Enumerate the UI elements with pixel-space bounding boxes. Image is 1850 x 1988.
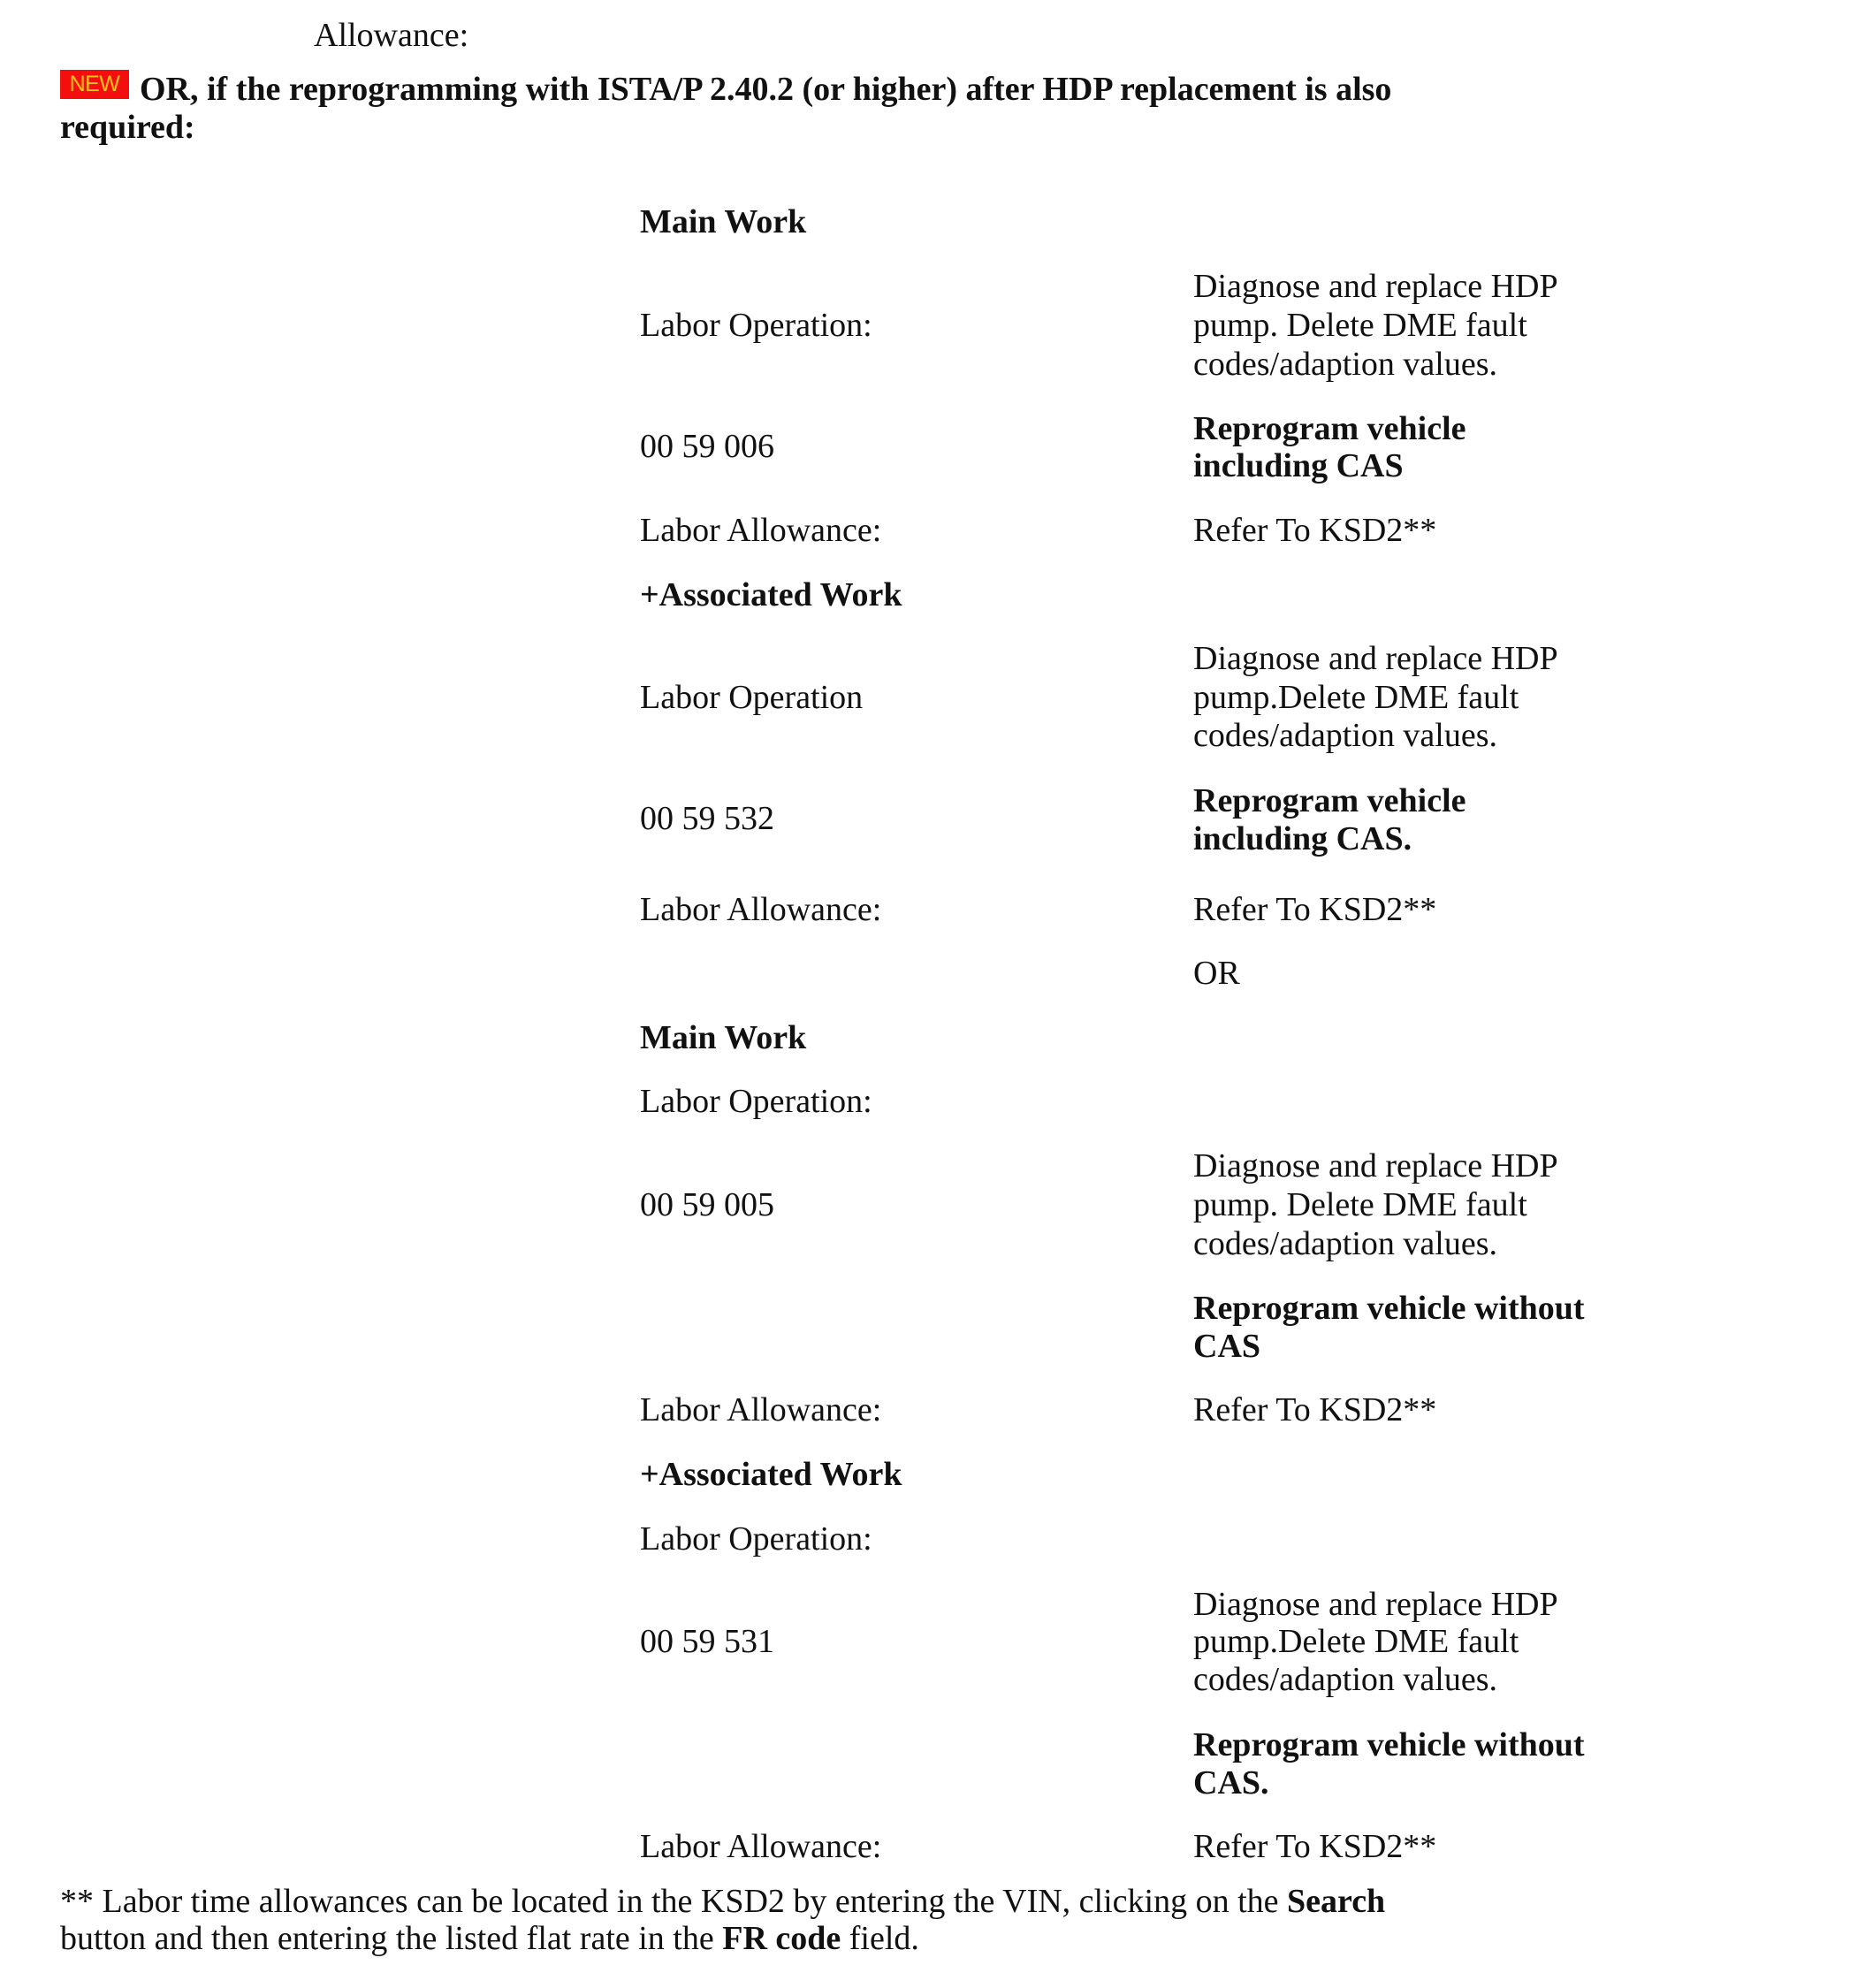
associated-work-heading: +Associated Work xyxy=(640,576,902,614)
reprogram-note: CAS xyxy=(1193,1328,1260,1366)
labor-allowance-value: Refer To KSD2** xyxy=(1193,1828,1436,1866)
labor-code: 00 59 531 xyxy=(640,1623,774,1661)
main-work-heading: Main Work xyxy=(640,203,806,241)
footnote-line1: ** Labor time allowances can be located … xyxy=(60,1883,1385,1921)
footnote-line2: button and then entering the listed flat… xyxy=(60,1920,919,1958)
footnote-text: ** Labor time allowances can be located … xyxy=(60,1883,1287,1920)
labor-operation-label: Labor Operation: xyxy=(640,1520,872,1558)
reprogram-note: Reprogram vehicle without xyxy=(1193,1290,1585,1328)
description-line: codes/adaption values. xyxy=(1193,717,1497,755)
description-line: codes/adaption values. xyxy=(1193,346,1497,384)
description-line: codes/adaption values. xyxy=(1193,1225,1497,1263)
reprogram-note: Reprogram vehicle xyxy=(1193,410,1466,448)
labor-operation-label: Labor Operation: xyxy=(640,307,872,345)
description-line: Diagnose and replace HDP xyxy=(1193,640,1558,678)
notice-heading-line2: required: xyxy=(60,109,195,147)
new-badge-icon: NEW xyxy=(60,70,129,99)
labor-operation-label: Labor Operation xyxy=(640,679,863,717)
labor-allowance-label: Labor Allowance: xyxy=(640,891,881,929)
reprogram-note: Reprogram vehicle xyxy=(1193,782,1466,820)
reprogram-note: Reprogram vehicle without xyxy=(1193,1726,1585,1764)
or-separator: OR xyxy=(1193,955,1240,993)
reprogram-note: including CAS. xyxy=(1193,820,1412,858)
footnote-text: button and then entering the listed flat… xyxy=(60,1920,722,1957)
labor-code: 00 59 006 xyxy=(640,428,774,466)
labor-allowance-label: Labor Allowance: xyxy=(640,1391,881,1429)
labor-allowance-value: Refer To KSD2** xyxy=(1193,891,1436,929)
description-line: Diagnose and replace HDP xyxy=(1193,268,1558,306)
reprogram-note: including CAS xyxy=(1193,447,1404,485)
allowance-fragment: Allowance: xyxy=(314,17,468,55)
labor-allowance-value: Refer To KSD2** xyxy=(1193,512,1436,550)
labor-allowance-value: Refer To KSD2** xyxy=(1193,1391,1436,1429)
reprogram-note: CAS. xyxy=(1193,1764,1269,1802)
description-line: pump.Delete DME fault xyxy=(1193,1623,1519,1661)
description-line: pump. Delete DME fault xyxy=(1193,1186,1527,1224)
description-line: codes/adaption values. xyxy=(1193,1661,1497,1699)
main-work-heading: Main Work xyxy=(640,1019,806,1057)
labor-allowance-label: Labor Allowance: xyxy=(640,512,881,550)
labor-operation-label: Labor Operation: xyxy=(640,1083,872,1121)
labor-code: 00 59 005 xyxy=(640,1186,774,1224)
notice-heading-line1: OR, if the reprogramming with ISTA/P 2.4… xyxy=(140,71,1391,109)
search-button-reference: Search xyxy=(1287,1883,1385,1920)
associated-work-heading: +Associated Work xyxy=(640,1456,902,1494)
description-line: pump. Delete DME fault xyxy=(1193,307,1527,345)
footnote-text: field. xyxy=(841,1920,919,1957)
description-line: pump.Delete DME fault xyxy=(1193,679,1519,717)
description-line: Diagnose and replace HDP xyxy=(1193,1147,1558,1185)
description-line: Diagnose and replace HDP xyxy=(1193,1586,1558,1624)
labor-allowance-label: Labor Allowance: xyxy=(640,1828,881,1866)
labor-code: 00 59 532 xyxy=(640,800,774,838)
fr-code-field-reference: FR code xyxy=(722,1920,841,1957)
